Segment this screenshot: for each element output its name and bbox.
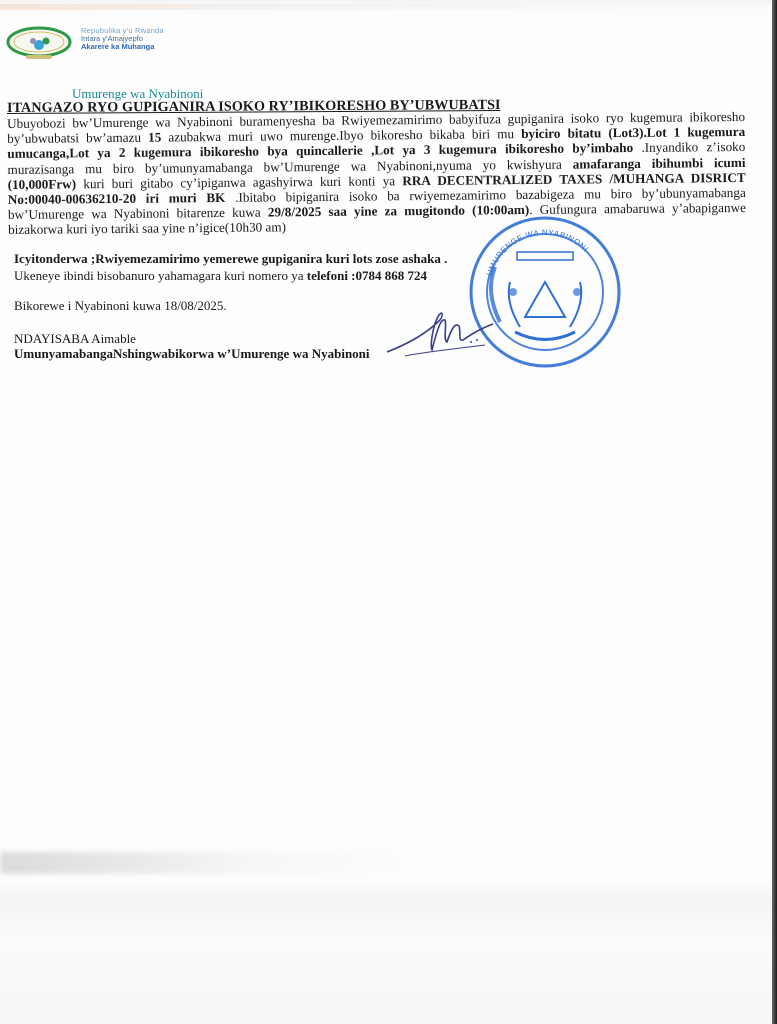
written-date: Bikorewe i Nyabinoni kuwa 18/08/2025.	[14, 298, 227, 314]
agency-header: Repubulika y'u Rwanda Intara y'Amajyepfo…	[81, 27, 164, 51]
contact-phone: telefoni :0784 868 724	[307, 268, 427, 283]
scan-border	[772, 0, 777, 1024]
signer-title: UmunyamabangaNshingwabikorwa w’Umurenge …	[14, 346, 370, 362]
document-page: Repubulika y'u Rwanda Intara y'Amajyepfo…	[0, 0, 772, 1024]
notice-block: Icyitonderwa ;Rwiyemezamirimo yemerewe g…	[14, 250, 447, 284]
scan-smudge-bottom	[0, 852, 420, 874]
contact-prefix: Ukeneye ibindi bisobanuro yahamagara kur…	[14, 268, 307, 283]
reminder-note: Icyitonderwa ;Rwiyemezamirimo yemerewe g…	[14, 250, 447, 267]
signer-name: NDAYISABA Aimable	[14, 331, 136, 347]
rwanda-coat-of-arms-icon	[6, 25, 72, 61]
scan-smudge-top	[0, 4, 700, 10]
notice-body: Ubuyobozi bw’Umurenge wa Nyabinoni buram…	[7, 109, 746, 238]
contact-line: Ukeneye ibindi bisobanuro yahamagara kur…	[14, 267, 447, 284]
agency-district: Akarere ka Muhanga	[81, 43, 164, 51]
handwritten-signature-icon	[385, 290, 495, 365]
